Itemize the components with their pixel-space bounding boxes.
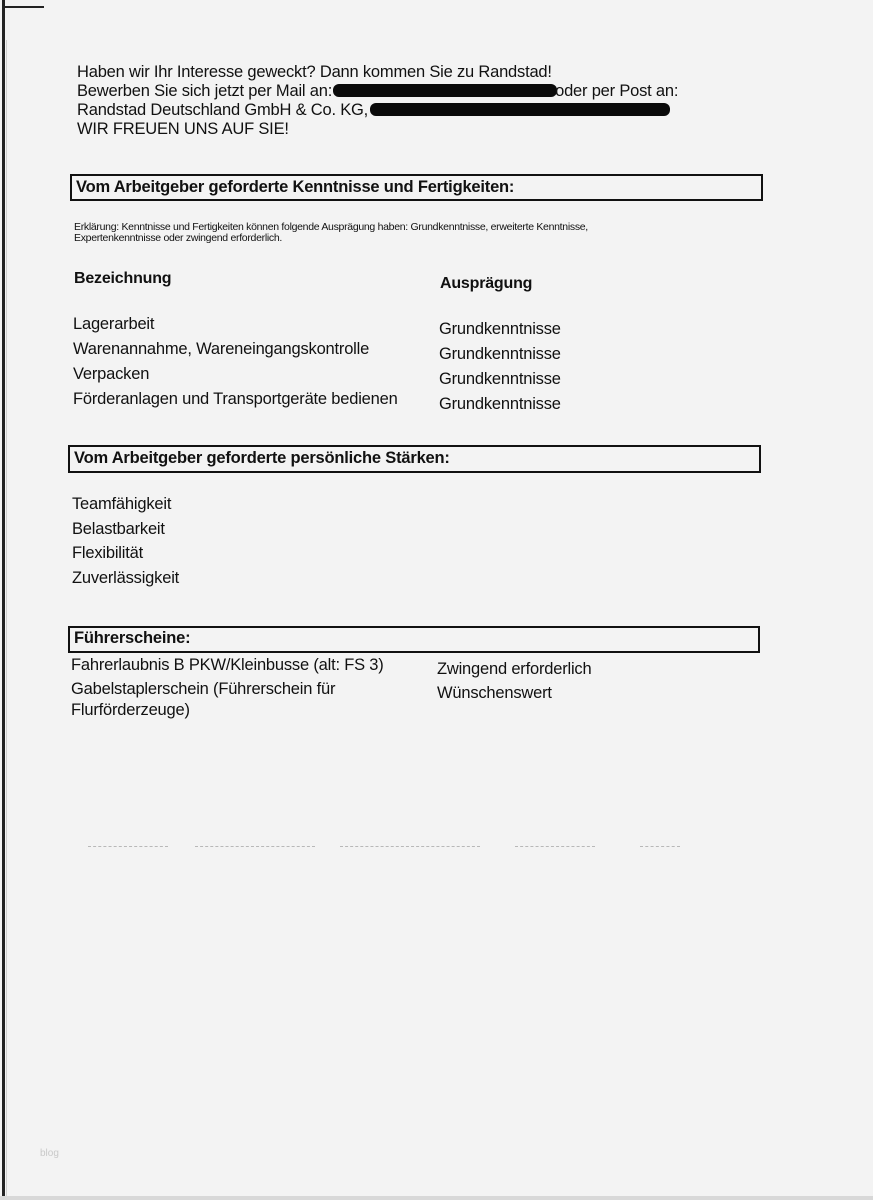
licenses-name-column: Fahrerlaubnis B PKW/Kleinbusse (alt: FS …	[71, 655, 384, 721]
redacted-email	[333, 84, 557, 97]
skills-explanation: Erklärung: Kenntnisse und Fertigkeiten k…	[74, 222, 588, 244]
strength-item: Zuverlässigkeit	[72, 566, 179, 591]
intro-line-4: WIR FREUEN UNS AUF SIE!	[77, 120, 678, 139]
intro-line-1: Haben wir Ihr Interesse geweckt? Dann ko…	[77, 63, 678, 82]
license-name: Fahrerlaubnis B PKW/Kleinbusse (alt: FS …	[71, 655, 384, 676]
scan-edge-top	[4, 6, 44, 8]
intro-post-label: oder per Post an:	[555, 82, 678, 100]
skill-name: Lagerarbeit	[73, 312, 398, 337]
skills-name-column: Lagerarbeit Warenannahme, Wareneingangsk…	[73, 312, 398, 412]
skills-level-column: Grundkenntnisse Grundkenntnisse Grundken…	[439, 317, 561, 417]
intro-line-2: Bewerben Sie sich jetzt per Mail an:oder…	[77, 82, 678, 101]
license-level: Wünschenswert	[437, 681, 591, 705]
license-name-line: Gabelstaplerschein (Führerschein für	[71, 679, 384, 700]
intro-line-3: Randstad Deutschland GmbH & Co. KG,	[77, 101, 678, 120]
license-name: Gabelstaplerschein (Führerschein für Flu…	[71, 679, 384, 721]
watermark: blog	[40, 1148, 59, 1159]
scan-artifact-line	[0, 846, 873, 854]
skill-name: Verpacken	[73, 362, 398, 387]
scan-edge-bottom	[0, 1196, 873, 1200]
scan-edge-faint	[6, 40, 7, 1200]
skill-level: Grundkenntnisse	[439, 317, 561, 342]
strength-item: Teamfähigkeit	[72, 492, 179, 517]
column-header-level: Ausprägung	[440, 275, 532, 293]
section-header-strengths: Vom Arbeitgeber geforderte persönliche S…	[68, 445, 761, 473]
licenses-level-column: Zwingend erforderlich Wünschenswert	[437, 657, 591, 705]
skill-level: Grundkenntnisse	[439, 367, 561, 392]
strength-item: Belastbarkeit	[72, 517, 179, 542]
section-header-licenses: Führerscheine:	[68, 626, 760, 653]
strength-item: Flexibilität	[72, 541, 179, 566]
explanation-line-2: Expertenkenntnisse oder zwingend erforde…	[74, 233, 588, 244]
skill-level: Grundkenntnisse	[439, 392, 561, 417]
intro-block: Haben wir Ihr Interesse geweckt? Dann ko…	[77, 63, 678, 139]
company-name: Randstad Deutschland GmbH & Co. KG,	[77, 101, 368, 119]
skill-name: Förderanlagen und Transportgeräte bedien…	[73, 387, 398, 412]
scan-edge-left	[2, 0, 5, 1200]
skill-level: Grundkenntnisse	[439, 342, 561, 367]
license-level: Zwingend erforderlich	[437, 657, 591, 681]
redacted-address	[370, 103, 670, 116]
column-header-name: Bezeichnung	[74, 270, 171, 288]
strengths-list: Teamfähigkeit Belastbarkeit Flexibilität…	[72, 492, 179, 591]
skill-name: Warenannahme, Wareneingangskontrolle	[73, 337, 398, 362]
section-header-skills: Vom Arbeitgeber geforderte Kenntnisse un…	[70, 174, 763, 201]
license-name-line: Flurförderzeuge)	[71, 700, 384, 721]
intro-mail-label: Bewerben Sie sich jetzt per Mail an:	[77, 82, 332, 100]
